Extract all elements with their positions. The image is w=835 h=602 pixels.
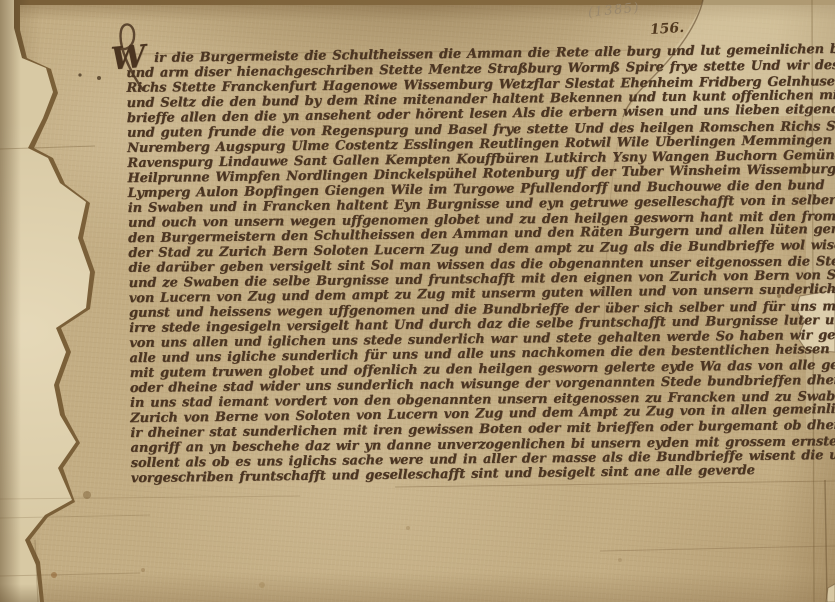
folio-number: 156. <box>649 20 684 38</box>
manuscript-text-block: ir die Burgermeiste die Schultheissen di… <box>126 43 803 486</box>
manuscript-scan: (1385) 156. W ir die Burgermeiste die Sc… <box>0 0 835 602</box>
